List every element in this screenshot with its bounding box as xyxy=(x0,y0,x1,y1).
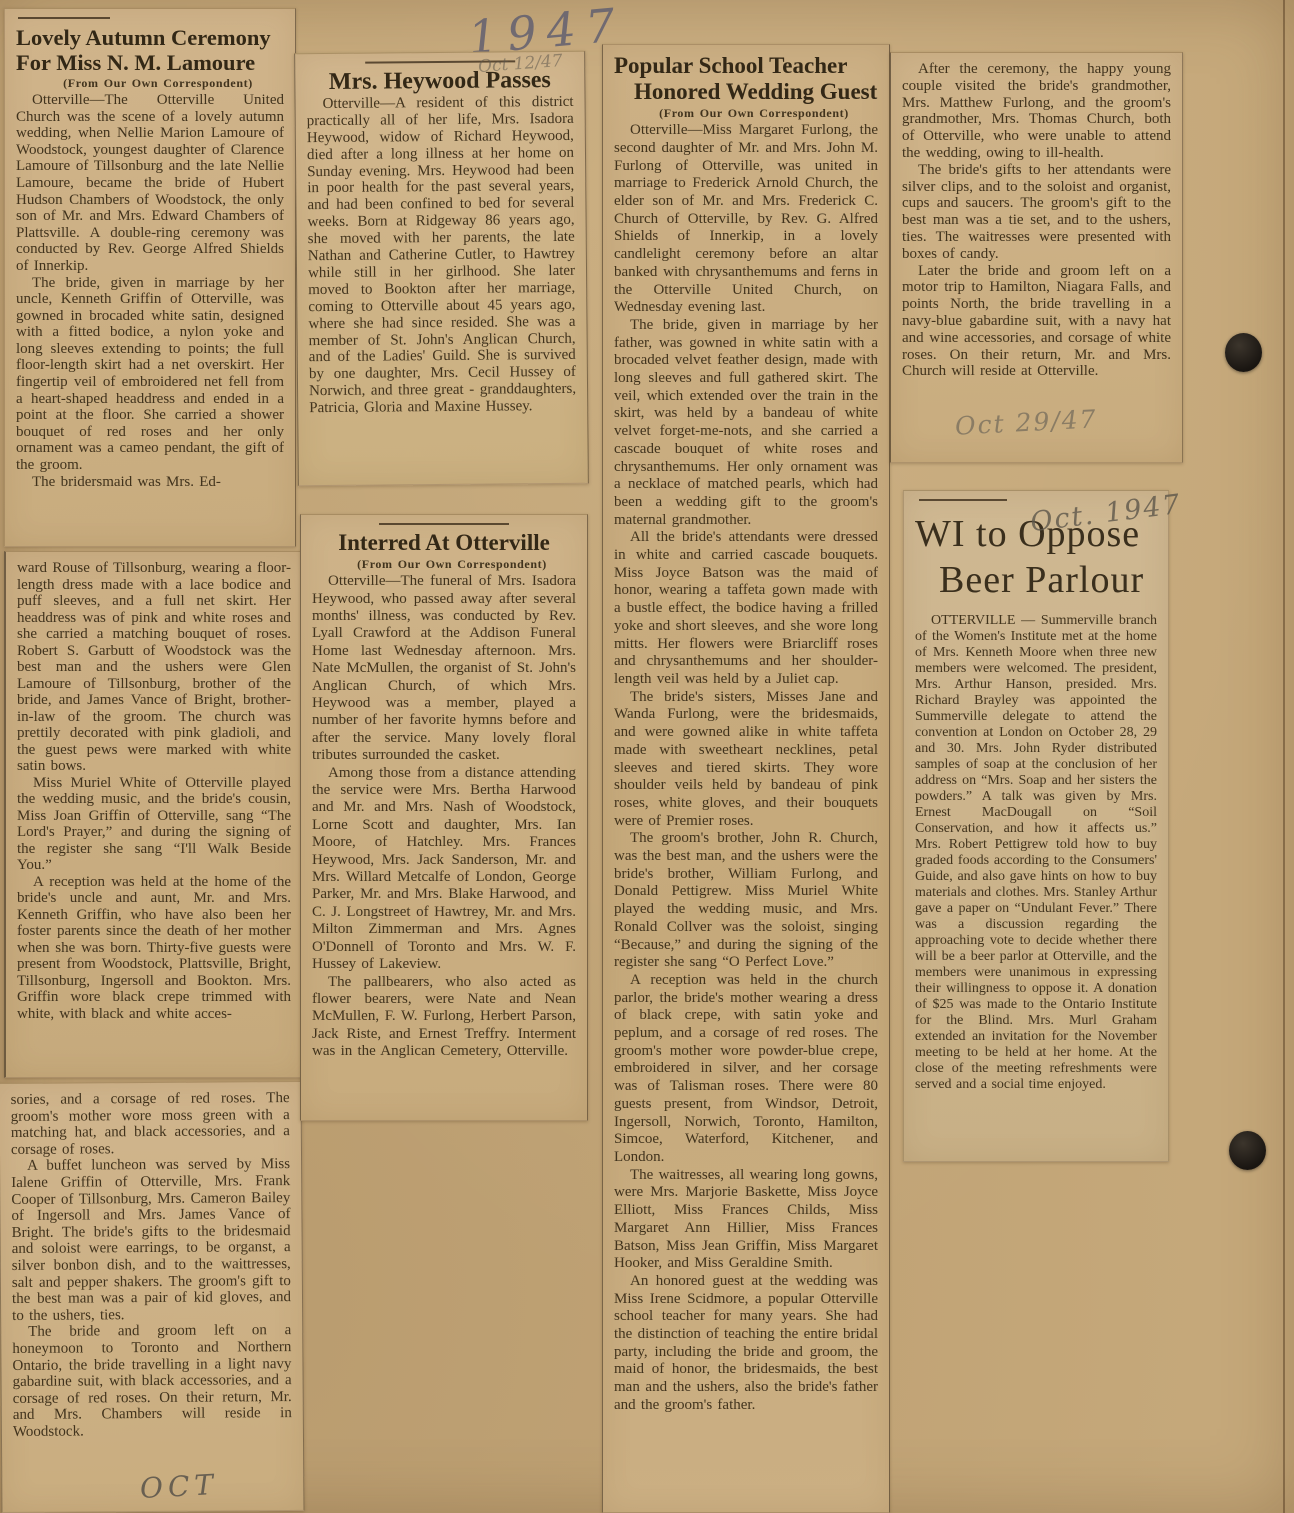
teacher-paragraph: The waitresses, all wearing long gowns, … xyxy=(614,1167,878,1273)
teacher-byline: (From Our Own Correspondent) xyxy=(614,105,878,123)
wi-headline: WI to OpposeBeer Parlour xyxy=(915,511,1157,603)
wi-headline-line2: Beer Parlour xyxy=(915,557,1157,603)
article-heywood-passes: Mrs. Heywood Passes Otterville—A residen… xyxy=(294,51,589,487)
article-lamoure-part1: Lovely Autumn CeremonyFor Miss N. M. Lam… xyxy=(4,8,296,547)
clip-top-rule xyxy=(365,60,515,63)
interred-byline: (From Our Own Correspondent) xyxy=(312,556,576,573)
interred-paragraph: The pallbearers, who also acted as flowe… xyxy=(312,974,576,1061)
lamoure-paragraph: sories, and a corsage of red roses. The … xyxy=(11,1090,290,1158)
lamoure-byline: (From Our Own Correspondent) xyxy=(16,75,284,92)
scrapbook-page: 1947 Lovely Autumn CeremonyFor Miss N. M… xyxy=(0,0,1294,1513)
teacher-headline: Popular School TeacherHonored Wedding Gu… xyxy=(614,53,878,105)
lamoure-headline-line2: For Miss N. M. Lamoure xyxy=(16,50,255,75)
teacher-paragraph: The groom's brother, John R. Church, was… xyxy=(614,830,878,972)
heywood-headline: Mrs. Heywood Passes xyxy=(306,67,573,96)
after-paragraph: After the ceremony, the happy young coup… xyxy=(902,61,1171,162)
article-teacher-wedding-continued: After the ceremony, the happy young coup… xyxy=(890,52,1183,463)
clip-top-rule xyxy=(919,499,1007,501)
wi-body: OTTERVILLE — Summerville branch of the W… xyxy=(915,613,1157,1093)
after-paragraph: Later the bride and groom left on a moto… xyxy=(902,263,1171,381)
interred-paragraph: Otterville—The funeral of Mrs. Isadora H… xyxy=(312,573,576,764)
teacher-headline-line1: Popular School Teacher xyxy=(614,53,847,78)
lamoure-paragraph: ward Rouse of Tillsonburg, wearing a flo… xyxy=(17,560,291,775)
lamoure-headline-line1: Lovely Autumn Ceremony xyxy=(16,25,271,50)
lamoure-paragraph: A reception was held at the home of the … xyxy=(17,874,291,1023)
lamoure-paragraph: The bride and groom left on a honeymoon … xyxy=(12,1322,292,1440)
teacher-paragraph: The bride's sisters, Misses Jane and Wan… xyxy=(614,689,878,831)
mounting-dot-bottom xyxy=(1229,1131,1266,1170)
lamoure-paragraph: A buffet luncheon was served by Miss Ial… xyxy=(11,1156,291,1324)
after-paragraph: The bride's gifts to her attendants were… xyxy=(902,162,1171,263)
wi-headline-line1: WI to Oppose xyxy=(915,513,1140,555)
teacher-paragraph: Otterville—Miss Margaret Furlong, the se… xyxy=(614,122,878,317)
lamoure-paragraph: Miss Muriel White of Otterville played t… xyxy=(17,775,291,874)
teacher-paragraph: The bride, given in marriage by her fath… xyxy=(614,317,878,529)
teacher-paragraph: All the bride's attendants were dressed … xyxy=(614,529,878,688)
interred-headline: Interred At Otterville xyxy=(312,530,576,556)
clip-top-rule xyxy=(18,17,110,19)
article-wi-beer-parlour: WI to OpposeBeer Parlour OTTERVILLE — Su… xyxy=(903,490,1169,1162)
interred-paragraph: Among those from a distance attending th… xyxy=(312,765,576,974)
article-interred-otterville: Interred At Otterville (From Our Own Cor… xyxy=(300,514,588,1121)
article-lamoure-part3: sories, and a corsage of red roses. The … xyxy=(0,1081,304,1513)
article-lamoure-part2: ward Rouse of Tillsonburg, wearing a flo… xyxy=(4,551,303,1078)
lamoure-paragraph: The bride, given in marriage by her uncl… xyxy=(16,275,284,474)
page-edge-line xyxy=(1283,0,1285,1513)
teacher-paragraph: A reception was held in the church parlo… xyxy=(614,972,878,1167)
heywood-body: Otterville—A resident of this district p… xyxy=(306,94,576,418)
teacher-paragraph: An honored guest at the wedding was Miss… xyxy=(614,1273,878,1415)
lamoure-paragraph: Otterville—The Otterville United Church … xyxy=(16,92,284,275)
clip-top-rule xyxy=(379,523,509,525)
article-teacher-wedding: Popular School TeacherHonored Wedding Gu… xyxy=(602,44,890,1513)
teacher-headline-line2: Honored Wedding Guest xyxy=(614,79,878,105)
lamoure-headline: Lovely Autumn CeremonyFor Miss N. M. Lam… xyxy=(16,25,284,75)
mounting-dot-top xyxy=(1225,333,1262,372)
lamoure-paragraph: The bridersmaid was Mrs. Ed- xyxy=(16,474,284,491)
